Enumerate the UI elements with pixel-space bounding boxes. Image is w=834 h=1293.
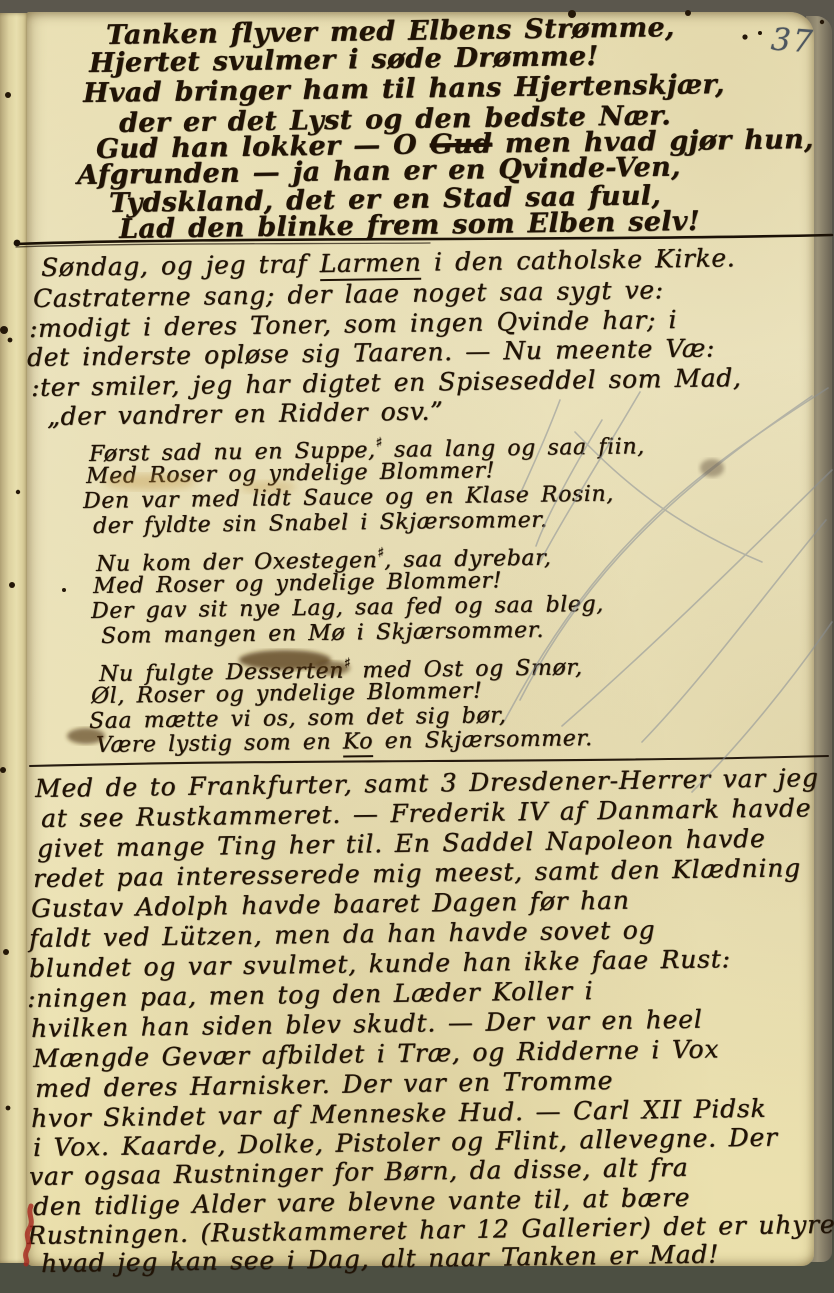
manuscript-scan: 37 Tanken flyver med Elbens Strømme, Hje… (0, 0, 834, 1293)
verse-line-text: en Skjærsommer. (373, 726, 593, 754)
prose-line-text: Søndag, og jeg traf (41, 249, 320, 282)
prose-line: „der vandrer en Ridder osv.” (47, 396, 444, 431)
manuscript-page: 37 Tanken flyver med Elbens Strømme, Hje… (27, 12, 814, 1266)
page-number: 37 (770, 22, 816, 61)
underlined-word: Ko (343, 729, 374, 757)
prose-line-text: i den catholske Kirke. (421, 243, 735, 276)
binding-page-edge (0, 13, 30, 1263)
verse-line: Som mangen en Mø i Skjærsommer. (101, 618, 544, 649)
verse-line-text: Være lystig som en (96, 730, 343, 758)
underlined-word: Larmen (319, 248, 421, 281)
verse-line: der fyldte sin Snabel i Skjærsommer. (93, 508, 548, 539)
